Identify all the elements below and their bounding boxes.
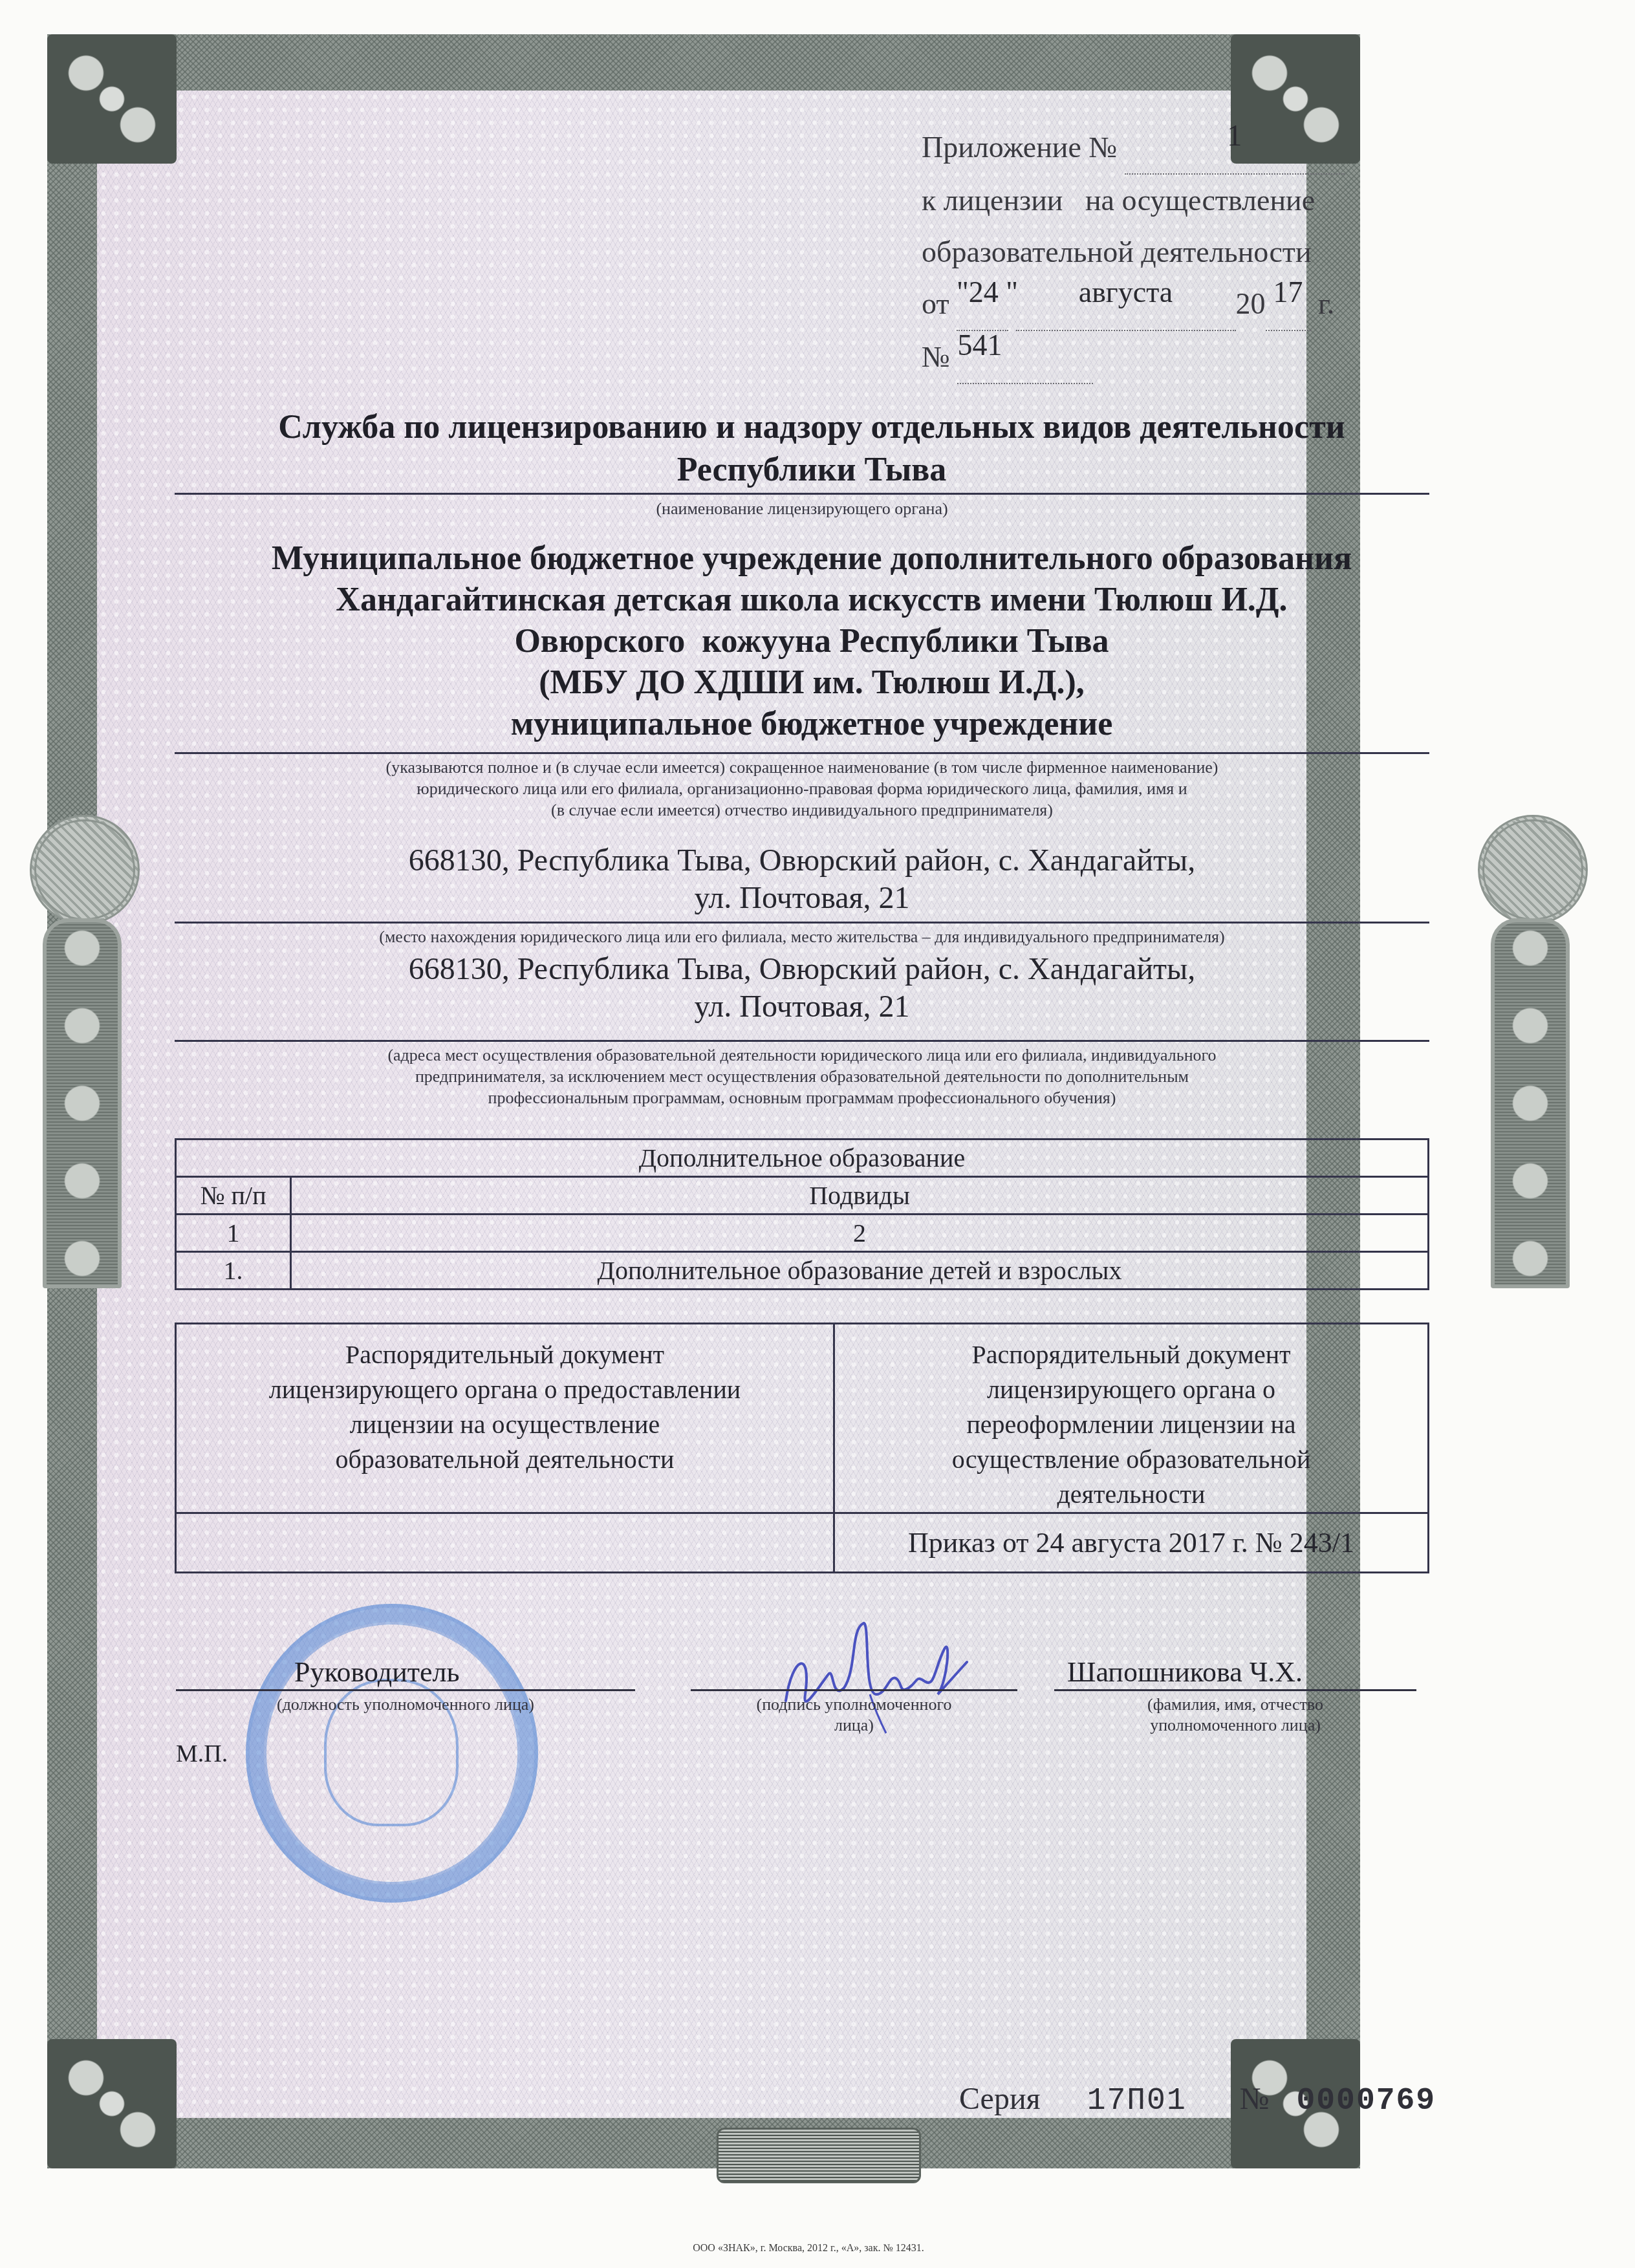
name-line — [1054, 1689, 1416, 1691]
form-number: 0000769 — [1297, 2084, 1436, 2119]
legal-address: 668130, Республика Тыва, Овюрский район,… — [175, 842, 1429, 917]
divider — [175, 922, 1429, 923]
signature-caption: (подпись уполномоченного лица) — [691, 1694, 1017, 1736]
date-year-field: 17 — [1266, 278, 1311, 331]
series-code: 17П01 — [1087, 2084, 1187, 2119]
education-table: Дополнительное образование № п/п Подвиды… — [175, 1138, 1429, 1290]
row-subtype: Дополнительное образование детей и взрос… — [291, 1252, 1429, 1290]
licensing-authority-name: Служба по лицензированию и надзору отдел… — [175, 406, 1449, 491]
name-caption: (фамилия, имя, отчество уполномоченного … — [1054, 1694, 1416, 1736]
side-ornament-panel — [43, 918, 122, 1288]
column-header-grant-order: Распорядительный документ лицензирующего… — [176, 1324, 834, 1513]
divider — [175, 752, 1429, 754]
divider — [175, 493, 1429, 495]
divider — [175, 1040, 1429, 1042]
position-caption: (должность уполномоченного лица) — [176, 1694, 635, 1715]
table-row: Дополнительное образование — [176, 1139, 1429, 1177]
orders-table: Распорядительный документ лицензирующего… — [175, 1323, 1429, 1573]
table-row: 1 2 — [176, 1215, 1429, 1252]
row-number: 1. — [176, 1252, 291, 1290]
form-series: Серия 17П01 № 0000769 — [959, 2081, 1436, 2119]
corner-ornament-icon — [47, 34, 177, 164]
position-line — [176, 1689, 635, 1691]
side-ornament-panel — [1491, 918, 1570, 1288]
printer-imprint: ООО «ЗНАК», г. Москва, 2012 г., «А», зак… — [582, 2243, 1035, 2254]
bottom-ornament-plate — [717, 2128, 921, 2183]
location-caption: (место нахождения юридического лица или … — [175, 926, 1429, 947]
table-row: 1. Дополнительное образование детей и вз… — [176, 1252, 1429, 1290]
date-month-field: августа — [1016, 278, 1236, 331]
column-header-reissue-order: Распорядительный документ лицензирующего… — [834, 1324, 1429, 1513]
table-header-row: № п/п Подвиды — [176, 1177, 1429, 1215]
column-header: № п/п — [176, 1177, 291, 1215]
activity-address: 668130, Республика Тыва, Овюрский район,… — [175, 951, 1429, 1026]
table-title: Дополнительное образование — [176, 1139, 1429, 1177]
activity-address-caption: (адреса мест осуществления образовательн… — [175, 1044, 1429, 1108]
endless-knot-ornament-icon — [1478, 815, 1588, 925]
endless-knot-ornament-icon — [30, 815, 140, 925]
reissue-order-value: Приказ от 24 августа 2017 г. № 243/1 — [834, 1513, 1429, 1573]
appendix-line-2: к лицензии на осуществление — [922, 175, 1345, 226]
signatory-name: Шапошникова Ч.Х. — [1067, 1656, 1303, 1689]
seal-placeholder-label: М.П. — [176, 1740, 228, 1768]
authority-caption: (наименование лицензирующего органа) — [175, 498, 1429, 519]
reg-number-field: 541 — [957, 331, 1093, 384]
appendix-number-field: 1 — [1125, 122, 1345, 175]
column-header: Подвиды — [291, 1177, 1429, 1215]
table-header-row: Распорядительный документ лицензирующего… — [176, 1324, 1429, 1513]
appendix-line-3: образовательной деятельности — [922, 226, 1345, 278]
appendix-reg-number: № 541 — [922, 331, 1345, 384]
signature-line — [691, 1689, 1017, 1691]
appendix-date: от "24 " августа2017 г. — [922, 278, 1345, 331]
date-day-field: "24 " — [957, 278, 1008, 331]
licensee-caption: (указываются полное и (в случае если име… — [175, 757, 1429, 821]
corner-ornament-icon — [47, 2039, 177, 2168]
official-seal-stamp — [246, 1604, 538, 1903]
grant-order-value — [176, 1513, 834, 1573]
appendix-label: Приложение № — [922, 131, 1117, 164]
licensee-name: Муниципальное бюджетное учреждение допол… — [175, 538, 1449, 745]
appendix-header: Приложение № 1 к лицензии на осуществлен… — [922, 122, 1345, 384]
table-row: Приказ от 24 августа 2017 г. № 243/1 — [176, 1513, 1429, 1573]
signatory-position: Руководитель — [294, 1656, 460, 1689]
